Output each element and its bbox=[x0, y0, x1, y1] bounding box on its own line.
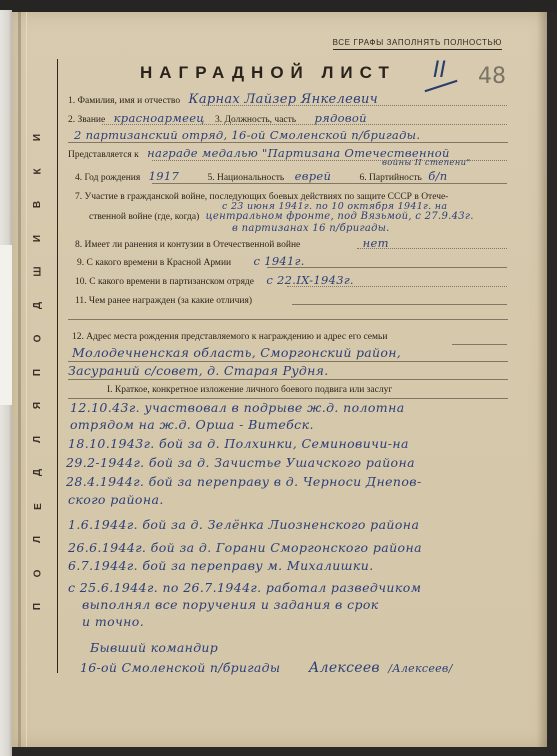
field-value-line: Молодечненская область, Сморгонский райо… bbox=[72, 345, 401, 360]
merit-line: 26.6.1944г. бой за д. Горани Сморгонског… bbox=[68, 540, 422, 555]
merit-line: и точно. bbox=[82, 614, 144, 629]
field-red-army-since: 9. С какого времени в Красной Армии с 19… bbox=[77, 254, 305, 268]
merit-line: ского района. bbox=[68, 492, 164, 507]
merit-line: 6.7.1944г. бой за переправу м. Михалишки… bbox=[68, 558, 374, 573]
merit-line: 18.10.1943г. бой за д. Полхинки, Семинов… bbox=[68, 436, 409, 451]
binding-margin-label: И К В И Ш Д О П Я Л Д Е Л О П bbox=[28, 132, 48, 612]
field-label: 10. С какого времени в партизанском отря… bbox=[75, 277, 254, 287]
field-line bbox=[292, 304, 507, 305]
field-label-line: ственной войне (где, когда) центральном … bbox=[89, 211, 474, 222]
signature-unit-line: 16-ой Смоленской п/бригады Алексеев /Але… bbox=[80, 660, 453, 676]
field-value: 1917 bbox=[149, 169, 179, 183]
field-value: 2 партизанский отряд, 16-ой Смоленской п… bbox=[74, 128, 420, 142]
field-value: красноармеец bbox=[114, 111, 205, 125]
field-value-line: Засураний с/совет, д. Старая Рудня. bbox=[68, 363, 328, 378]
field-address: 12. Адрес места рождения представляемого… bbox=[72, 332, 387, 342]
field-line bbox=[68, 361, 508, 362]
field-line bbox=[357, 248, 507, 249]
field-value: Молодечненская область, Сморгонский райо… bbox=[72, 345, 401, 360]
field-value: центральном фронте, под Вязьмой, с 27.9.… bbox=[206, 211, 474, 222]
pencil-annotation: 48 bbox=[478, 64, 506, 89]
award-sheet-page: И К В И Ш Д О П Я Л Д Е Л О П ВСЕ ГРАФЫ … bbox=[12, 12, 547, 747]
section-rule bbox=[68, 398, 508, 399]
field-value-line: в партизанах 16 п/бригады. bbox=[232, 223, 390, 234]
field-previous-awards: 11. Чем ранее награжден (за какие отличи… bbox=[75, 292, 252, 306]
field-wounds: 8. Имеет ли ранения и контузии в Отечест… bbox=[75, 236, 389, 250]
page-edge-shadow bbox=[537, 12, 547, 747]
signer-name: /Алексеев/ bbox=[388, 662, 452, 675]
field-line bbox=[287, 286, 507, 287]
field-label: 6. Партийность bbox=[360, 173, 422, 183]
merit-line: выполнял все поручения и задания в срок bbox=[82, 597, 379, 612]
scan-top-edge bbox=[0, 0, 557, 12]
section-heading: I. Краткое, конкретное изложение личного… bbox=[107, 385, 392, 395]
scan-left-edge bbox=[0, 10, 12, 756]
binding-margin-rule bbox=[57, 59, 58, 673]
merit-line: 29.2-1944г. бой за д. Зачистье Ушачского… bbox=[66, 455, 415, 470]
field-label: 12. Адрес места рождения представляемого… bbox=[72, 332, 387, 342]
field-value: б/п bbox=[428, 169, 447, 183]
field-value: рядовой bbox=[315, 111, 367, 125]
field-label: 4. Год рождения bbox=[75, 173, 140, 183]
field-line bbox=[68, 319, 508, 320]
fill-all-fields-banner: ВСЕ ГРАФЫ ЗАПОЛНЯТЬ ПОЛНОСТЬЮ bbox=[333, 38, 502, 50]
field-line bbox=[68, 379, 508, 380]
field-value: еврей bbox=[295, 169, 332, 183]
field-value: с 22.IX-1943г. bbox=[266, 273, 354, 287]
scan-tab bbox=[0, 245, 12, 405]
merit-line: отрядом на ж.д. Орша - Витебск. bbox=[70, 417, 314, 432]
field-label: ственной войне (где, когда) bbox=[89, 212, 199, 222]
field-line bbox=[267, 267, 507, 268]
field-line bbox=[202, 105, 507, 106]
field-value: в партизанах 16 п/бригады. bbox=[232, 223, 390, 234]
signer-unit: 16-ой Смоленской п/бригады bbox=[80, 660, 280, 675]
field-rank-position: 2. Звание красноармеец 3. Должность, час… bbox=[68, 111, 367, 125]
field-partisan-since: 10. С какого времени в партизанском отря… bbox=[75, 273, 354, 287]
document-title: НАГРАДНОЙ ЛИСТ bbox=[140, 63, 396, 83]
field-label: 11. Чем ранее награжден (за какие отличи… bbox=[75, 296, 252, 306]
field-birth-nationality-party: 4. Год рождения 1917 5. Национальность е… bbox=[75, 169, 447, 183]
pen-annotation: II bbox=[433, 58, 446, 83]
field-line bbox=[152, 183, 507, 184]
signature-scrawl: Алексеев bbox=[309, 660, 380, 676]
field-value: Засураний с/совет, д. Старая Рудня. bbox=[68, 363, 328, 378]
merit-line: с 25.6.1944г. по 26.7.1944г. работал раз… bbox=[68, 580, 421, 595]
signature-role: Бывший командир bbox=[90, 640, 218, 655]
field-label: Представляется к bbox=[68, 150, 139, 160]
field-line bbox=[102, 124, 507, 125]
signer-title: Бывший командир bbox=[90, 640, 218, 655]
field-value: с 1941г. bbox=[254, 254, 305, 268]
merit-line: 28.4.1944г. бой за переправу в д. Чернос… bbox=[66, 474, 422, 489]
field-label: 5. Национальность bbox=[207, 173, 284, 183]
field-label: 9. С какого времени в Красной Армии bbox=[77, 258, 231, 268]
field-line bbox=[152, 160, 507, 161]
merit-line: 1.6.1944г. бой за д. Зелёнка Лиозненског… bbox=[68, 517, 419, 532]
field-label: 2. Звание bbox=[68, 115, 105, 125]
field-unit-continuation: 2 партизанский отряд, 16-ой Смоленской п… bbox=[74, 128, 420, 142]
field-line bbox=[68, 142, 508, 143]
field-label: 1. Фамилия, имя и отчество bbox=[68, 96, 180, 106]
field-line bbox=[452, 344, 507, 345]
field-label: 8. Имеет ли ранения и контузии в Отечест… bbox=[75, 240, 300, 250]
merit-line: 12.10.43г. участвовал в подрыве ж.д. пол… bbox=[70, 400, 405, 415]
